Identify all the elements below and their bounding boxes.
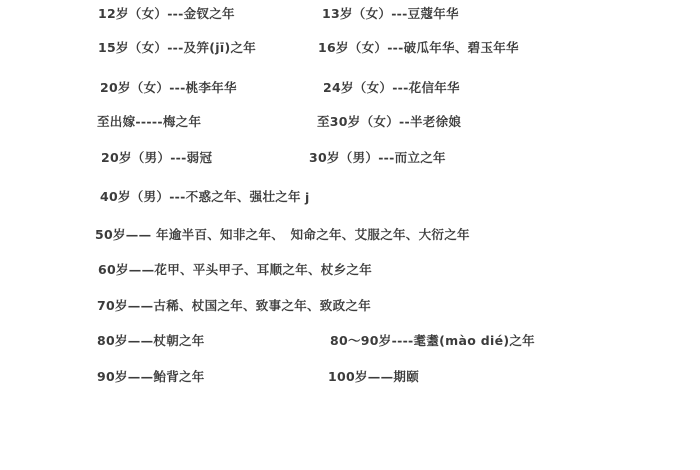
age-term-20-female: 20岁（女）---桃李年华: [100, 81, 237, 95]
age-term-20-male: 20岁（男）---弱冠: [101, 151, 212, 165]
age-term-80-90: 80～90岁----耄耋(mào dié)之年: [330, 334, 535, 348]
age-term-60: 60岁——花甲、平头甲子、耳顺之年、杖乡之年: [98, 263, 372, 277]
age-term-12-female: 12岁（女）---金钗之年: [98, 7, 235, 21]
age-term-16-female: 16岁（女）---破瓜年华、碧玉年华: [318, 41, 519, 55]
age-term-24-female: 24岁（女）---花信年华: [323, 81, 460, 95]
age-term-70: 70岁——古稀、杖国之年、致事之年、致政之年: [97, 299, 371, 313]
age-term-80: 80岁——杖朝之年: [97, 334, 205, 348]
age-term-13-female: 13岁（女）---豆蔻年华: [322, 7, 459, 21]
age-term-30-female: 至30岁（女）--半老徐娘: [317, 115, 461, 129]
age-term-30-male: 30岁（男）---而立之年: [309, 151, 446, 165]
age-term-50: 50岁—— 年逾半百、知非之年、 知命之年、艾服之年、大衍之年: [95, 228, 470, 242]
age-term-100: 100岁——期颐: [328, 370, 419, 384]
age-term-90: 90岁——鲐背之年: [97, 370, 205, 384]
age-term-40-male: 40岁（男）---不惑之年、强壮之年: [100, 190, 301, 204]
stray-character: j: [305, 191, 310, 205]
age-term-marriage: 至出嫁-----梅之年: [97, 115, 201, 129]
document-page: 12岁（女）---金钗之年 13岁（女）---豆蔻年华 15岁（女）---及笄(…: [0, 0, 700, 470]
age-term-15-female: 15岁（女）---及笄(jī)之年: [98, 41, 256, 55]
